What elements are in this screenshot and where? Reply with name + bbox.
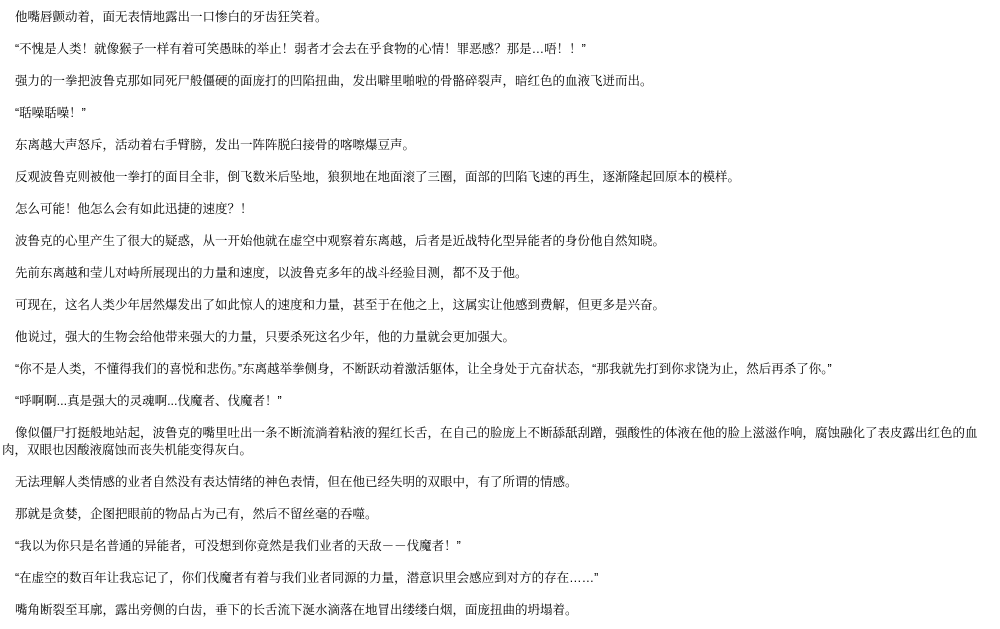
- paragraph: “聒噪聒噪！”: [2, 105, 997, 122]
- paragraph: 无法理解人类情感的业者自然没有表达情绪的神色表情，但在他已经失明的双眼中，有了所…: [2, 474, 997, 491]
- document-page: 他嘴唇颤动着，面无表情地露出一口惨白的牙齿狂笑着。“不愧是人类！就像猴子一样有着…: [0, 0, 1000, 629]
- paragraph: 东离越大声怒斥，活动着右手臂膀，发出一阵阵脱臼接骨的喀嚓爆豆声。: [2, 137, 997, 154]
- paragraph: 可现在，这名人类少年居然爆发出了如此惊人的速度和力量，甚至于在他之上，这属实让他…: [2, 297, 997, 314]
- paragraph: “你不是人类，不懂得我们的喜悦和悲伤。”东离越举拳侧身，不断跃动着激活躯体，让全…: [2, 361, 997, 378]
- paragraph: 先前东离越和莹儿对峙所展现出的力量和速度，以波鲁克多年的战斗经验目测，都不及于他…: [2, 265, 997, 282]
- paragraph: 怎么可能！他怎么会有如此迅捷的速度？！: [2, 201, 997, 218]
- paragraph: 他说过，强大的生物会给他带来强大的力量，只要杀死这名少年，他的力量就会更加强大。: [2, 329, 997, 346]
- paragraph: “我以为你只是名普通的异能者，可没想到你竟然是我们业者的天敌－－伐魔者！”: [2, 538, 997, 555]
- paragraph: 像似僵尸打挺般地站起，波鲁克的嘴里吐出一条不断流淌着粘液的猩红长舌，在自己的脸庞…: [2, 425, 997, 459]
- paragraph: 嘴角断裂至耳廓，露出旁侧的白齿，垂下的长舌流下涎水滴落在地冒出缕缕白烟，面庞扭曲…: [2, 602, 997, 619]
- paragraph: 他嘴唇颤动着，面无表情地露出一口惨白的牙齿狂笑着。: [2, 9, 997, 26]
- paragraph: 反观波鲁克则被他一拳打的面目全非，倒飞数米后坠地，狼狈地在地面滚了三圈，面部的凹…: [2, 169, 997, 186]
- paragraph: “不愧是人类！就像猴子一样有着可笑愚昧的举止！弱者才会去在乎食物的心情！罪恶感？…: [2, 41, 997, 58]
- paragraph: 那就是贪婪，企图把眼前的物品占为己有，然后不留丝毫的吞噬。: [2, 506, 997, 523]
- paragraph: “呼啊啊...真是强大的灵魂啊...伐魔者、伐魔者！”: [2, 393, 997, 410]
- paragraph: “在虚空的数百年让我忘记了，你们伐魔者有着与我们业者同源的力量，潜意识里会感应到…: [2, 570, 997, 587]
- paragraph: 强力的一拳把波鲁克那如同死尸般僵硬的面庞打的凹陷扭曲，发出噼里啪啦的骨骼碎裂声，…: [2, 73, 997, 90]
- paragraph: 波鲁克的心里产生了很大的疑惑，从一开始他就在虚空中观察着东离越，后者是近战特化型…: [2, 233, 997, 250]
- paragraph-list: 他嘴唇颤动着，面无表情地露出一口惨白的牙齿狂笑着。“不愧是人类！就像猴子一样有着…: [2, 9, 997, 619]
